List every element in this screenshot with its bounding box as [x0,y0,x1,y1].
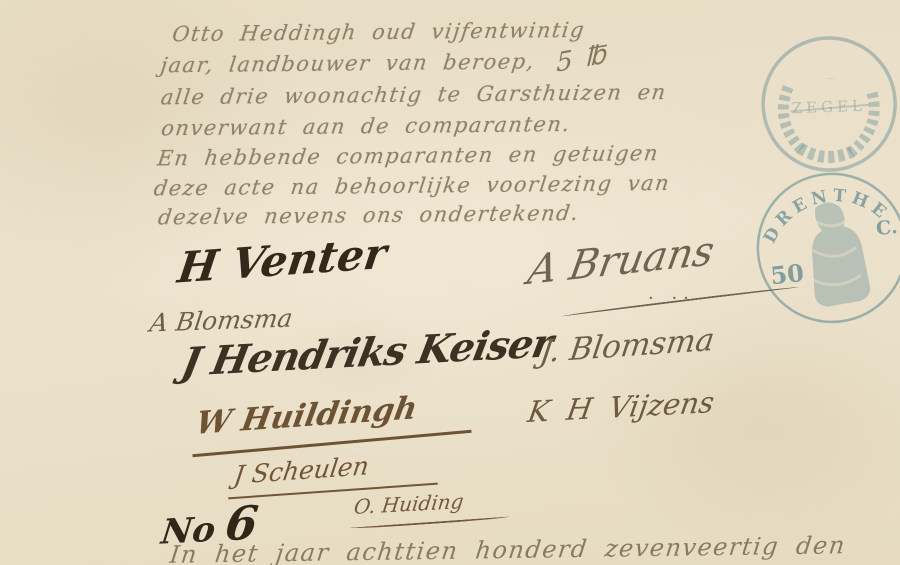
signature-huiding-o: O. Huiding [353,489,465,519]
stamp-coat-of-arms-icon [805,199,872,308]
next-act-opening-line: In het jaar achttien honderd zevenveerti… [168,531,847,565]
body-line: jaar, landbouwer van beroep, [159,49,536,77]
wreath-stamp-text: ZEGEL [791,97,866,118]
stamp-strike-line [791,99,870,116]
signature-blomsma-j: J. Blomsma [538,322,717,371]
body-line: onverwant aan de comparanten. [160,112,572,140]
stamp-figure-texture [807,215,862,287]
wreath-seal-stamp: ZEGEL ··· [748,25,900,187]
wreath-bottom-bow-icon [800,148,852,159]
revenue-stamp-value: 50 [769,258,805,290]
margin-fee-note: 5 ℔ [556,39,607,79]
signature-bruans: A Bruans [524,228,717,295]
wreath-stamp-dots: ··· [826,74,836,86]
signature-vijzens: K H Vijzens [525,385,716,429]
wreath-left-branch-icon [780,87,806,150]
wreath-right-branch-icon [850,92,876,155]
body-line: dezelve nevens ons ondertekend. [157,201,581,229]
revenue-stamp-50c: DRENTHE 50 C. [738,160,900,339]
body-line: Otto Heddingh oud vijfentwintig [171,18,587,46]
body-line: alle drie woonachtig te Garsthuizen en [159,80,668,109]
signature-venter: H Venter [175,228,390,292]
stamp-outer-ring [751,167,900,330]
body-line: En hebbende comparanten en getuigen [156,141,660,170]
document-scan-page: Otto Heddingh oud vijfentwintig jaar, la… [0,0,900,565]
body-line: deze acte na behoorlijke voorlezing van [152,171,671,200]
revenue-stamp-unit: C. [875,216,899,240]
signature-ink-dots: · ·· [648,288,695,309]
revenue-stamp-arc-text: DRENTHE [755,179,896,248]
signature-flourish-line [350,516,510,529]
signature-blomsma-a: A Blomsma [148,303,295,337]
stamp-outer-ring [759,34,900,175]
signature-scheulen: J Scheulen [232,451,371,490]
signature-huildingh: W Huildingh [193,390,420,442]
